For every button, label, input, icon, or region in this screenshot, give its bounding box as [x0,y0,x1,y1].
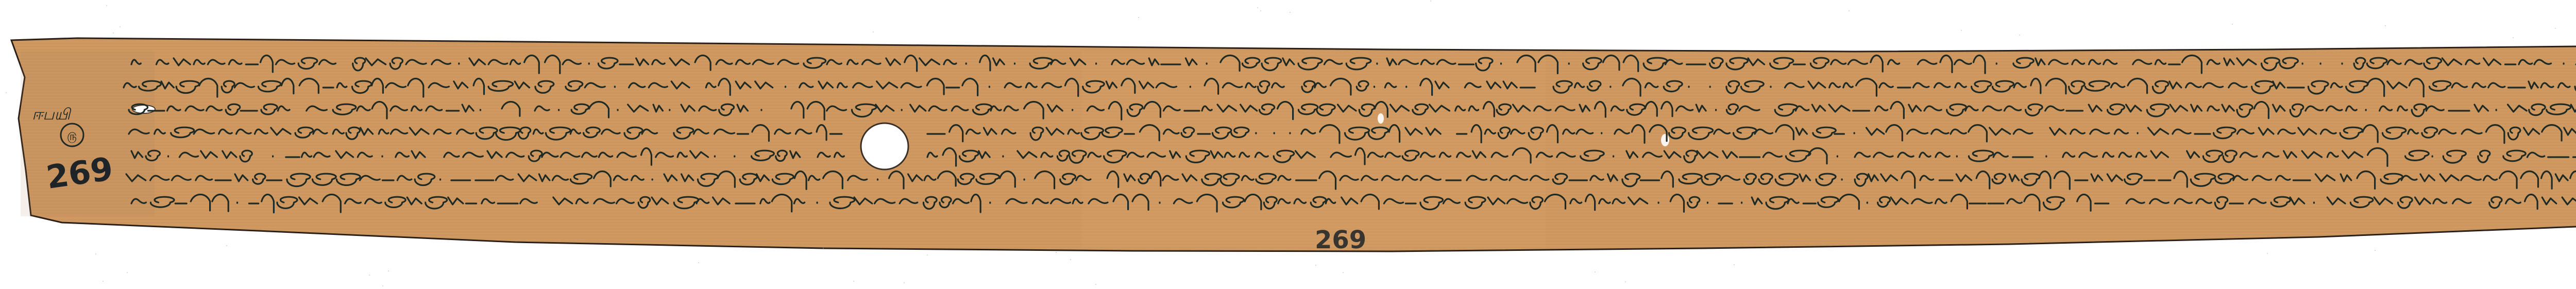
svg-text:௫: ௫ [67,130,77,143]
scan-speck [698,262,699,263]
scan-speck [1290,12,1291,13]
scan-speck [1095,284,1096,285]
scan-speck [103,281,104,282]
scan-speck [927,254,928,256]
scan-speck [6,92,7,93]
scan-speck [2019,35,2020,36]
scan-speck [1257,7,1258,8]
scan-speck [823,248,824,249]
bottom-center-folio: 269 [1315,226,1366,254]
manuscript-scan: ஈபயி ௫ 269 269 269 271 [0,0,2576,289]
scan-speck [1430,1,1431,2]
scan-speck [2375,250,2376,251]
scan-speck [382,285,383,286]
binding-hole [861,123,908,169]
scan-speck [2267,253,2268,254]
palm-leaf: ஈபயி ௫ 269 269 269 [0,0,2576,289]
scan-speck [95,253,96,254]
scan-speck [2555,28,2556,29]
scan-speck [853,281,854,282]
scan-speck [2232,24,2233,25]
scan-speck [388,270,389,271]
scan-speck [1070,259,1071,260]
left-margin-note: ஈபயி [32,106,72,124]
scan-speck [1343,272,1344,273]
scan-speck [2385,25,2386,26]
